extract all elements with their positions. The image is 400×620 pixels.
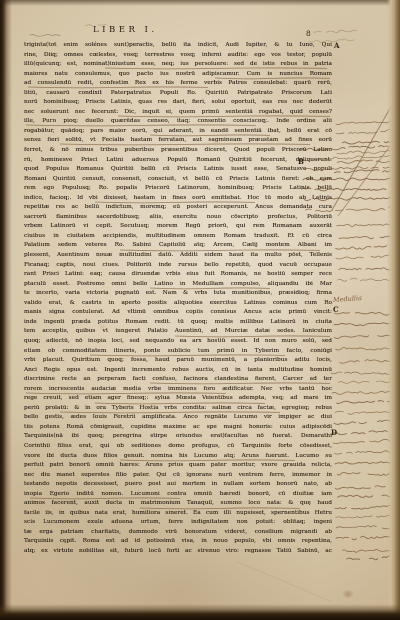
text-line: ad consulendū redit, confestim Rex ex hi… (24, 79, 332, 89)
text-line: te incerto, varia victoria pugnatū est. … (24, 289, 332, 299)
running-header: LIBER I. (93, 25, 158, 35)
handwritten-note (330, 359, 400, 477)
text-line: ptaculū esset. Postremo omni bello Latin… (24, 280, 332, 290)
text-line: valido erat, & castris in aperto positis… (24, 299, 332, 309)
gutter-edge-left (0, 0, 12, 620)
text-line: Anci Regis opus est. Ingenti incremento … (24, 366, 332, 376)
text-line: Ficanaq; captis, noui ciues. Politoriū i… (24, 261, 332, 271)
text-line: Palatium sedem veteres Ro. Sabini Capito… (24, 241, 332, 251)
page-edge-bottom (0, 604, 400, 620)
text-line: tiis potens Romā cōmigrauit, cupidine ma… (24, 423, 332, 433)
text-line: vxore ibi ducta duos filios genuit. nomi… (24, 452, 332, 462)
text-line: rorem increscentis audaciæ media vrbe im… (24, 385, 332, 395)
text-line: manis signa contulerat. Ad vltimū omnibu… (24, 308, 332, 318)
text-line: etiam ob commoditatem itineris, ponte su… (24, 347, 332, 357)
page-edge-top (0, 0, 400, 6)
text-line: animos facerent, auxit ducta in matrimon… (24, 499, 332, 509)
handwritten-note (334, 485, 400, 540)
handwritten-note (30, 34, 61, 37)
text-line: periū prolatū: & in ora Tyberis Hostia v… (24, 404, 332, 414)
scanned-book-page: LIBER I. 8 triginta(tot enim solénes sun… (0, 0, 400, 620)
text-line: Romani Quiritiū censuit, consensit, cons… (24, 175, 332, 185)
text-line: Corinthii filius erat, qui ob seditiones… (24, 442, 332, 452)
ink-diagonal-stroke (332, 98, 396, 210)
paper-stain (58, 578, 102, 594)
text-line: rogabātur, quādoq; pars maior eorū, qui … (24, 127, 332, 137)
text-line: ille, Puro pioq; duello quærēdas censeo,… (24, 117, 332, 127)
text-line: ciuibus in ciuitatem accipiendis, multit… (24, 232, 332, 242)
handwritten-note (335, 223, 400, 282)
text-line: testando nepotis decessisset, puero post… (24, 480, 332, 490)
text-line: rege creuit, sed etiam ager finesq;: syl… (24, 394, 332, 404)
text-line: inopia Egerio inditū nomen. Lucumoni con… (24, 490, 332, 500)
text-line: litiū, causarū condixit Paterpatratus Po… (24, 89, 332, 99)
text-line: quoq; adiectū, nō inopia loci, sed nequa… (24, 337, 332, 347)
ink-diagonal-stroke (338, 146, 390, 216)
paper-page: LIBER I. 8 triginta(tot enim solénes sun… (0, 0, 400, 620)
printed-margin-letter-b: B (298, 157, 304, 166)
text-line: facile iis, in quibus nata erat, humilio… (24, 509, 332, 519)
text-line: illū(quicunq; est, nominat)iniustum esse… (24, 60, 332, 70)
handwritten-word-medullia: Medullia (333, 294, 362, 304)
printed-margin-letter-a: A (334, 41, 339, 50)
text-line: quod Populus Romanus Quiritiū bellū cū P… (24, 165, 332, 175)
text-line: ferret, & nō minus tribus puberibus præs… (24, 146, 332, 156)
text-line: discrimine recte an perperam facti confu… (24, 375, 332, 385)
text-line: sacrorū flaminibus sacerdotibusq; aliis,… (24, 213, 332, 223)
text-line: inde ingenti præda potitus Romam redit. … (24, 318, 332, 328)
text-line: atq; ex virtute nobilitas sit, futurū lo… (24, 547, 332, 557)
text-line: sensu fieri solitū, vt Fecialis hastam f… (24, 136, 332, 146)
text-line: indico, facioq;. Id vbi dixisset, hastam… (24, 194, 332, 204)
text-line: nec diu manet superstes filio pater. Qui… (24, 471, 332, 481)
text-line: nec soluerunt nec fecerunt: Dic, inquit … (24, 108, 332, 118)
ink-diagonal-stroke (238, 562, 332, 602)
text-line: scis Lucumonem exule aduena ortum, ferre… (24, 518, 332, 528)
text-line: Tarquiniis(nā ibi quoq; peregrina stirpe… (24, 432, 332, 442)
text-line: vrbem Latinorū vi cepit. Secutusq; morem… (24, 222, 332, 232)
fore-edge-right (387, 0, 400, 620)
handwritten-note (333, 311, 399, 351)
text-line: repetitæ res ac bellū indictum, moremq; … (24, 203, 332, 213)
page-number: 8 (306, 29, 311, 38)
handwritten-note (333, 121, 400, 174)
printed-margin-letter-d: D (331, 428, 337, 437)
printed-margin-letter-c: C (333, 305, 339, 314)
text-line: plessent, Auentinum nouæ multitudini dat… (24, 251, 332, 261)
text-line: rine, Diiq; omnes cœlestes, vosq; terres… (24, 51, 332, 61)
text-line: rem ego Populusq; Ro. popalis Priscorū L… (24, 184, 332, 194)
text-line: rū, hominesve Prisci Latini aduersus Pop… (24, 156, 332, 166)
text-line: norū hominibusq; Priscis Latinis, quas r… (24, 98, 332, 108)
text-line: bello gestis, ædes Iouis Feretrii amplif… (24, 413, 332, 423)
text-line: tæ erga patriam charitatis, dummodo virū… (24, 528, 332, 538)
text-line: rant Prisci Latini: eaq; causa diruendæ … (24, 270, 332, 280)
handwritten-note (342, 548, 399, 560)
text-line: tem acceptis, quibus vt iungeret Palatio… (24, 327, 332, 337)
text-line: Tarquiniis cępit. Roma est ad id potissi… (24, 537, 332, 547)
text-line: maiores natu consulemus, quo pacto ius n… (24, 70, 332, 80)
text-line: vrbi placuit. Quiritium quoq; fossa, hau… (24, 356, 332, 366)
text-line: perfuit patri bonorū omniū hæres: Aruns … (24, 461, 332, 471)
paper-stain (340, 588, 356, 600)
text-line: triginta(tot enim solénes sunt)peractis,… (24, 41, 332, 51)
body-text-block: triginta(tot enim solénes sunt)peractis,… (24, 41, 332, 557)
